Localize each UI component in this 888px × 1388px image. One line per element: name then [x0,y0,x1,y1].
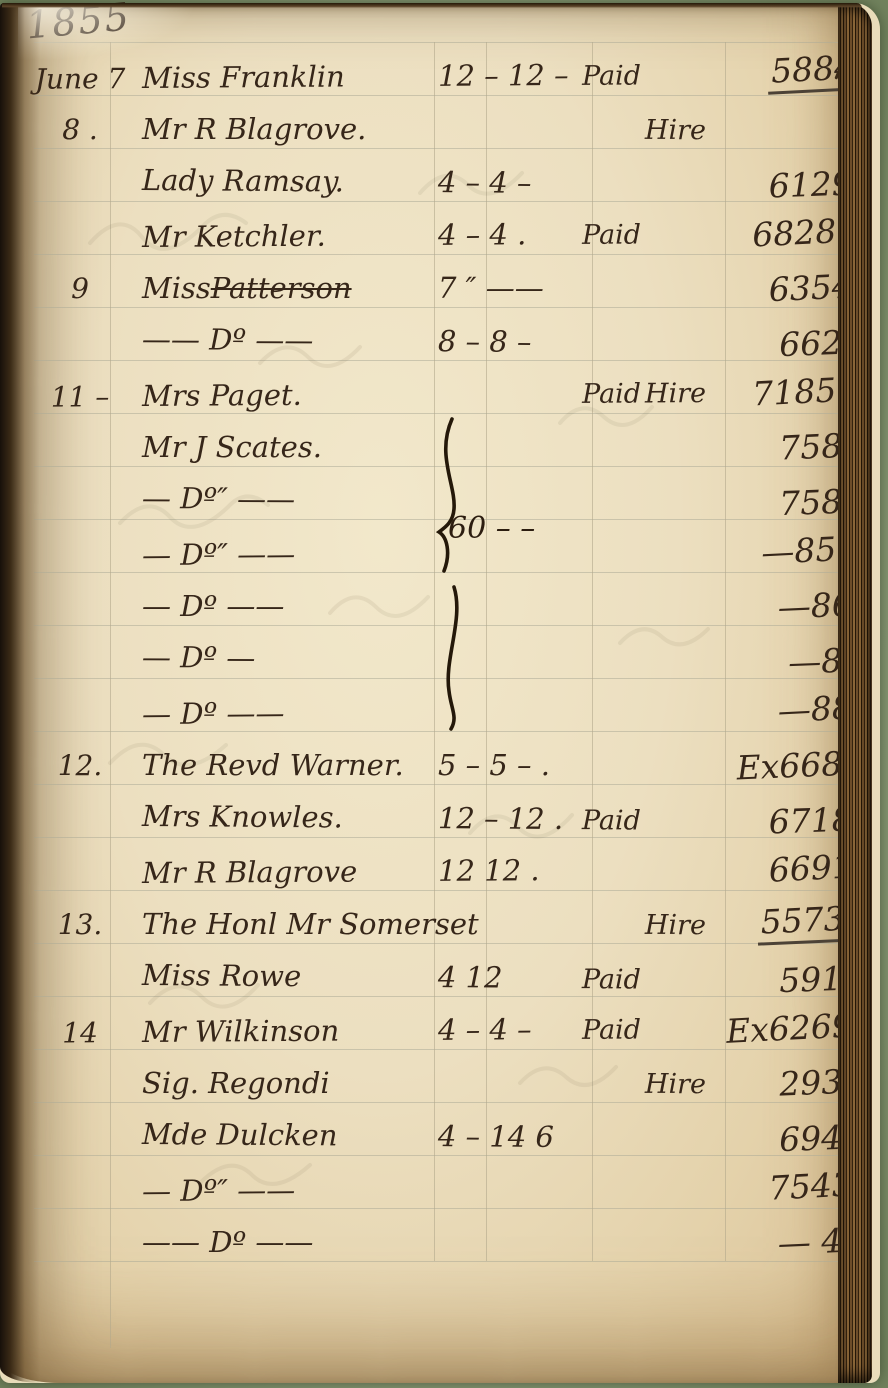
entry-name: — Dº″ —— [142,1172,434,1208]
entry-amount: 5 – 5 – . [438,748,586,782]
entry-name: Mr Ketchler. [142,218,434,254]
struck-name-part: Patterson [211,271,352,305]
entry-amount: 12 – 12 – [438,58,586,93]
paid-mark: Paid [582,219,641,250]
entry-name: — Dº″ —— [142,536,434,572]
entry-date: 9 [34,272,126,305]
entry-name: Sig. Regondi [142,1066,434,1100]
entry-amount: 4 – 4 – [438,165,586,200]
entry-name: Miss Rowe [142,958,434,994]
entry-amount: 12 12 . [438,853,586,888]
entry-name: — Dº — [142,640,434,676]
entry-date: 11 – [34,380,126,414]
entry-name: — Dº —— [142,695,434,731]
entry-amount: 4 – 4 – [438,1012,586,1047]
ledger-row: — Dº ———86. [0,572,846,625]
entry-name: Miss Patterson [142,271,434,305]
entry-amount: 8 – 8 – [438,324,586,359]
entry-date: 8 . [34,113,126,146]
ledger-row: 9Miss Patterson7 ″ ——6354. [0,254,846,307]
entry-name: —— Dº —— [142,1225,434,1259]
entry-amount: 4 – 4 . [438,217,586,252]
ledger-row: June 7Miss Franklin12 – 12 –Paid5884 [0,39,846,98]
entry-name: Mr Wilkinson [142,1013,434,1049]
entry-status: Paid [582,219,706,251]
ledger-row: Mde Dulcken4 – 14 66946 [0,1099,846,1158]
hire-mark: Hire [645,115,706,146]
ledger-row: — Dº″ ———85 – [0,516,846,575]
paid-mark: Paid [582,60,641,91]
paid-mark: Paid [582,378,641,409]
ledger-row: Mr J Scates.7583 [0,413,846,466]
ledger-row: 13.The Honl Mr SomersetHire5573. [0,890,846,943]
book-spine-shadow [0,3,40,1383]
entry-amount: 4 12 [438,960,586,995]
hire-mark: Hire [645,378,706,409]
entry-name: Mr R Blagrove [142,854,434,890]
entry-status: Paid [582,805,706,837]
ledger-row: —— Dº ——8 – 8 –6624 [0,304,846,363]
entry-name: Mde Dulcken [142,1117,434,1153]
hire-mark: Hire [645,910,706,941]
hire-mark: Hire [645,1069,706,1100]
entry-status: Paid [582,1014,706,1046]
ledger-row: — Dº ———88. [0,675,846,734]
entry-amount: 4 – 14 6 [438,1119,586,1154]
entry-name: Mr J Scates. [142,430,434,464]
entry-date: 12. [34,749,126,782]
ledger-row: Mr R Blagrove12 12 .6691. [0,834,846,893]
ledger-page: 1855 June 7Miss Franklin12 – 12 –Paid588… [0,3,846,1383]
paid-mark: Paid [582,1014,641,1045]
page-stack-edge [838,3,872,1383]
ledger-row: 12.The Revd Warner.5 – 5 – .Ex6686 [0,731,846,784]
ledger-row: — Dº″ ——7584 [0,463,846,522]
entry-amount: 7 ″ —— [438,271,586,305]
ledger-book: 1855 June 7Miss Franklin12 – 12 –Paid588… [0,3,880,1383]
entry-name: — Dº —— [142,589,434,623]
entry-date: 14 [34,1016,126,1050]
ledger-row: 14Mr Wilkinson4 – 4 –PaidEx6269. [0,993,846,1052]
entry-name: Mrs Paget. [142,377,434,413]
page-top-edge [2,3,862,8]
entry-name: —— Dº —— [142,322,434,358]
entry-status: Paid [582,964,706,996]
ledger-row: Mr Ketchler.4 – 4 .Paid6828 – [0,198,846,257]
ledger-row: Mrs Knowles.12 – 12 .Paid6718. [0,781,846,840]
entry-name: The Revd Warner. [142,748,434,782]
entry-name: Lady Ramsay. [142,163,434,199]
ledger-row: Lady Ramsay.4 – 4 –6129. [0,145,846,204]
entry-date: June 7 [34,62,126,96]
entry-status: PaidHire [582,378,706,410]
ledger-row: Sig. RegondiHire2934 [0,1049,846,1102]
paid-mark: Paid [582,805,641,836]
paid-mark: Paid [582,964,641,995]
entry-status: Paid [582,60,706,92]
brace-annotation: 60 – – [448,511,535,546]
entry-date: 13. [34,908,126,941]
entry-amount: 12 – 12 . [438,801,586,836]
entry-status: Hire [582,115,706,146]
entry-name: Mr R Blagrove. [142,112,434,146]
ledger-row: — Dº ——87 [0,622,846,681]
entry-name: — Dº″ —— [142,481,434,517]
ledger-row: Miss Rowe4 12Paid5910 [0,940,846,999]
entry-name: The Honl Mr Somerset [142,907,434,941]
ledger-row: 8 .Mr R Blagrove.Hire [0,95,846,148]
entry-name: Miss Franklin [142,59,434,95]
entry-status: Hire [582,910,706,941]
entry-name: Mrs Knowles. [142,799,434,835]
ledger-row: — Dº″ ——7543. [0,1152,846,1211]
entry-status: Hire [582,1069,706,1100]
ledger-row: —— Dº ——— 44 [0,1208,846,1261]
ledger-row: 11 –Mrs Paget.PaidHire7185 – [0,357,846,416]
